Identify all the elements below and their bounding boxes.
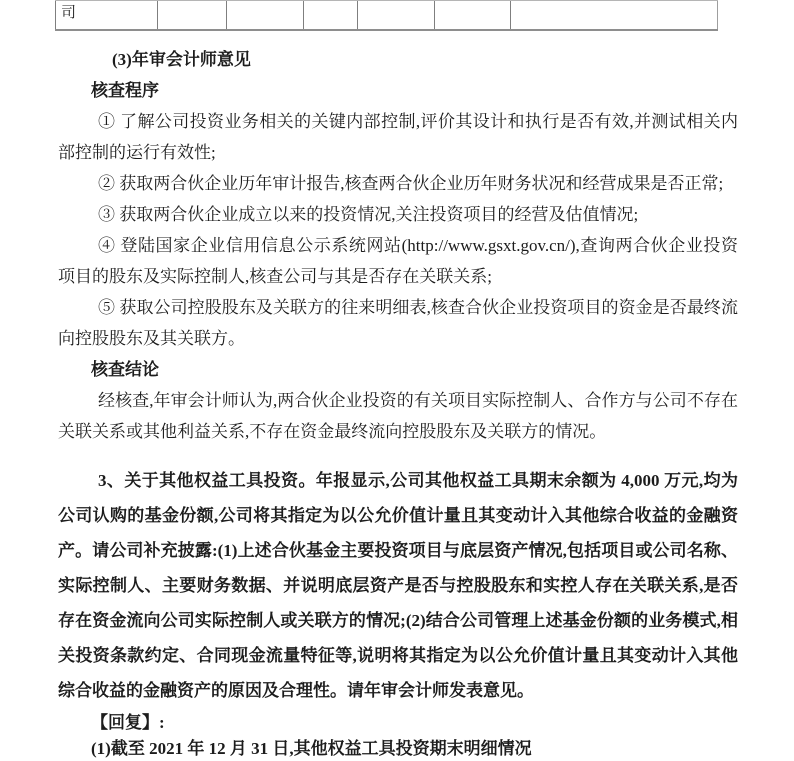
check-conclusion-heading: 核查结论 [58,354,738,385]
section-3-heading: (3)年审会计师意见 [58,44,738,75]
reply-item-1-heading: (1)截至 2021 年 12 月 31 日,其他权益工具投资期末明细情况 [58,738,738,760]
procedure-item-1: ① 了解公司投资业务相关的关键内部控制,评价其设计和执行是否有效,并测试相关内部… [58,106,738,168]
conclusion-paragraph: 经核查,年审会计师认为,两合伙企业投资的有关项目实际控制人、合作方与公司不存在关… [58,385,738,447]
procedure-item-4: ④ 登陆国家企业信用信息公示系统网站(http://www.gsxt.gov.c… [58,230,738,292]
table-fragment: 司 [55,0,718,31]
table-cell [510,1,718,29]
procedure-item-3: ③ 获取两合伙企业成立以来的投资情况,关注投资项目的经营及估值情况; [58,199,738,230]
check-procedure-heading: 核查程序 [58,75,738,106]
procedure-item-5: ⑤ 获取公司控股股东及关联方的往来明细表,核查合伙企业投资项目的资金是否最终流向… [58,292,738,354]
table-cell [157,1,226,29]
table-cell [357,1,434,29]
table-cell [303,1,357,29]
reply-label: 【回复】: [58,708,738,738]
table-cell: 司 [55,1,157,29]
table-cell [434,1,510,29]
document-page: 司 (3)年审会计师意见 核查程序 ① 了解公司投资业务相关的关键内部控制,评价… [0,0,794,761]
table-cell [226,1,303,29]
procedure-item-2: ② 获取两合伙企业历年审计报告,核查两合伙企业历年财务状况和经营成果是否正常; [58,168,738,199]
document-content: (3)年审会计师意见 核查程序 ① 了解公司投资业务相关的关键内部控制,评价其设… [58,36,738,760]
question-3-paragraph: 3、关于其他权益工具投资。年报显示,公司其他权益工具期末余额为 4,000 万元… [58,463,738,708]
